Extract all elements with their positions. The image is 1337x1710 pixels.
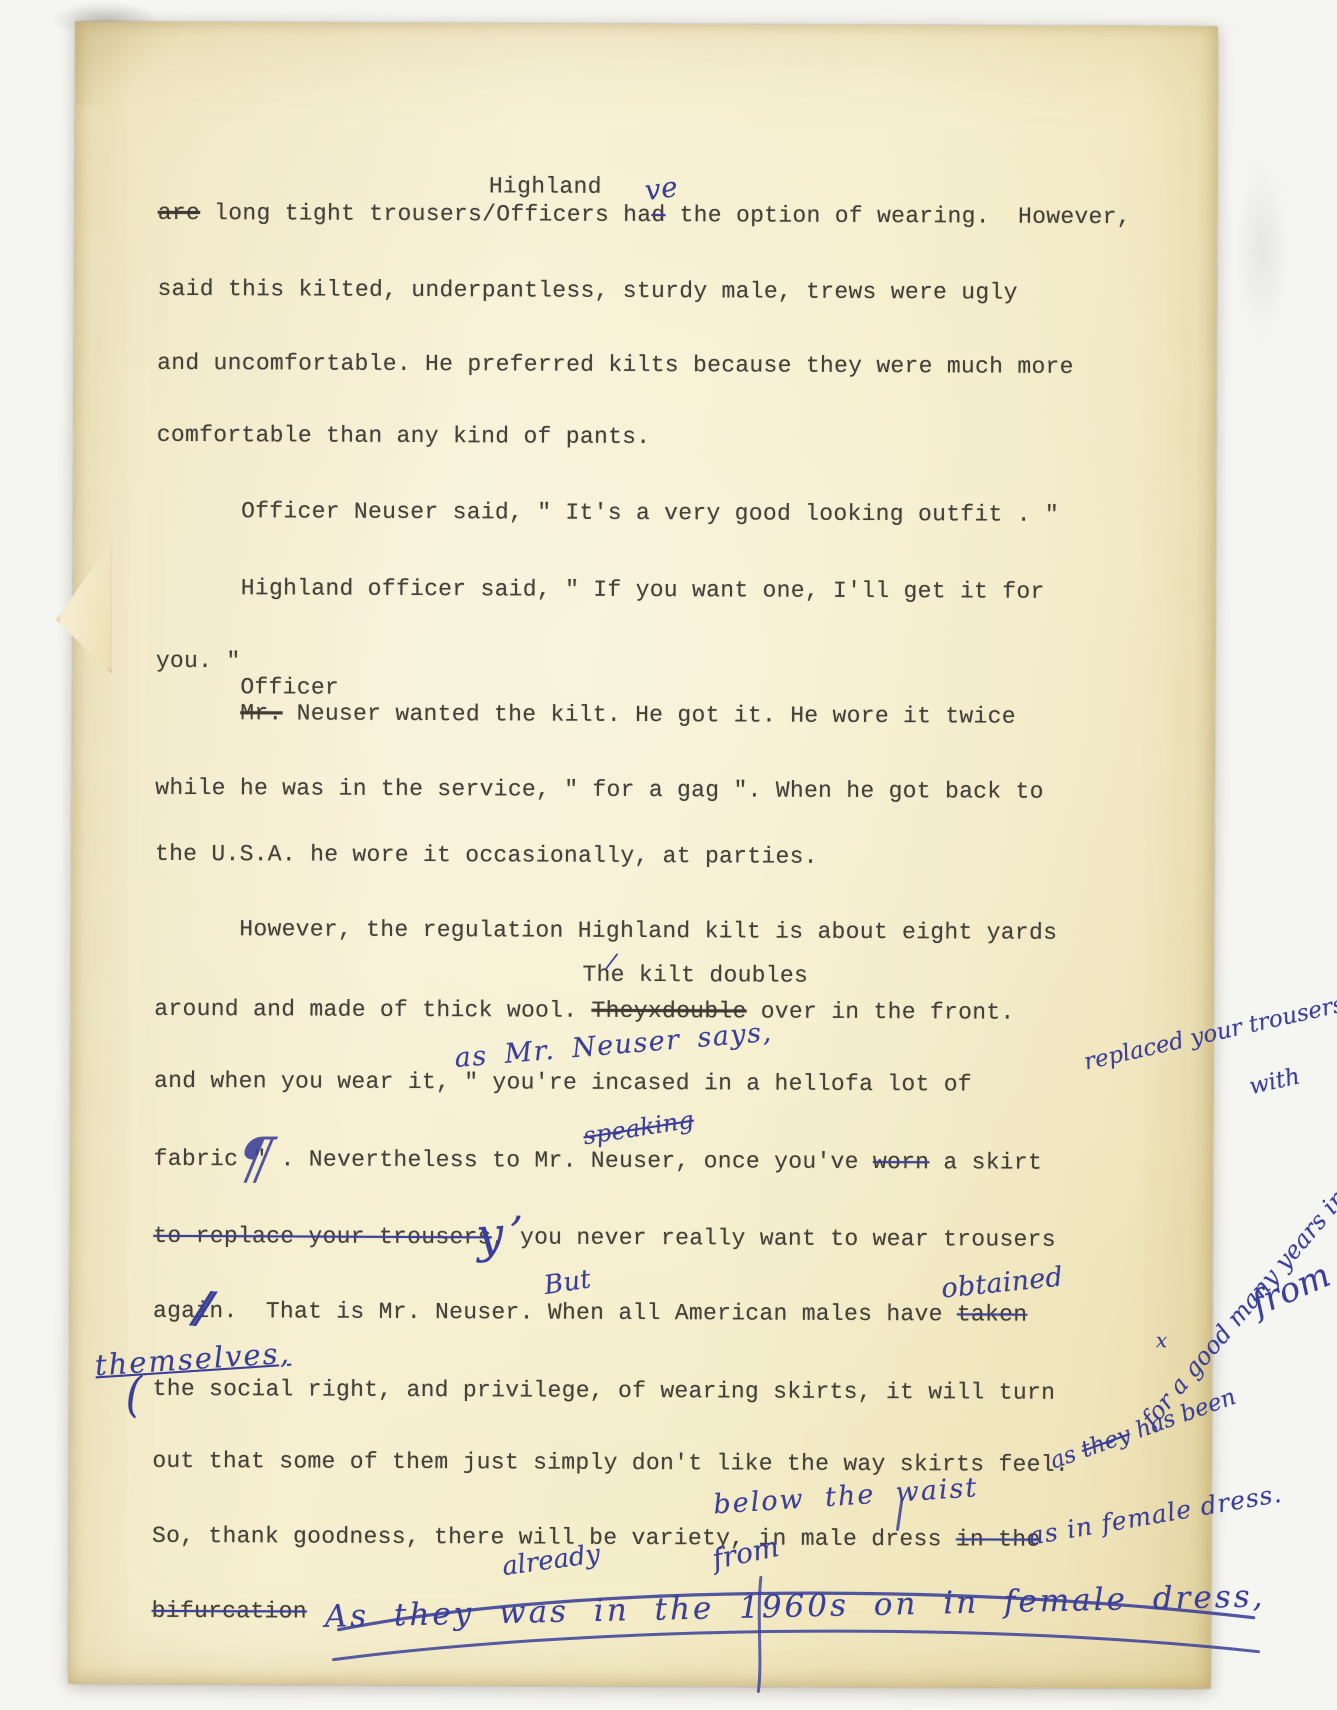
scanned-manuscript-screenshot: Highland are long tight trousers/Officer… <box>0 0 1337 1710</box>
neuser-anchor: Neuser,speaking <box>591 1148 690 1174</box>
typed-text: Neuser, <box>591 1148 690 1174</box>
typed-line-7: you. " <box>156 648 241 676</box>
page-corner-shading <box>75 22 185 106</box>
typed-text: around and made of thick wool. <box>154 996 591 1024</box>
typed-line-15: to replace your trousers, you never real… <box>153 1223 1056 1255</box>
handwritten-as-in-female-dress: as in female dress. <box>1027 1479 1285 1551</box>
page-edge-fold <box>56 539 113 673</box>
when-anchor: WhenBut <box>548 1300 605 1326</box>
ink-struck-they: they <box>1078 1422 1134 1464</box>
typed-line-13: and when you wear it, " you're incased i… <box>154 1068 972 1099</box>
typed-text: fabric " . Nevertheless to Mr. <box>154 1146 591 1174</box>
handwritten-replaced-your-trousers: replaced your trousers <box>1082 991 1337 1075</box>
handwritten-as-they-has-been: as they has been <box>1047 1384 1240 1474</box>
ink-bracket-mark: ( <box>126 1366 143 1422</box>
pilcrow-insert-mark: ¶ <box>230 1126 280 1191</box>
had-correction-anchor: dve <box>651 202 665 228</box>
typed-line-20: bifurcation <box>152 1598 307 1626</box>
comma-insert-mark: , <box>510 1181 524 1230</box>
typed-line-5: Officer Neuser said, " It's a very good … <box>156 498 1059 530</box>
struck-word-bifurcation: bifurcation <box>152 1598 307 1625</box>
crossout-sweep-strokes <box>308 1568 1289 1702</box>
struck-phrase-to-replace: to replace your trousers <box>153 1223 492 1250</box>
typed-line-3: and uncomfortable. He preferred kilts be… <box>157 350 1074 382</box>
ink-x-insert-mark: x <box>1156 1328 1167 1352</box>
typed-line-14: fabric " . Nevertheless to Mr. Neuser,sp… <box>154 1146 1043 1177</box>
typed-line-4: comfortable than any kind of pants. <box>157 422 651 452</box>
typed-insert-highland: Highland <box>489 173 602 201</box>
typed-line-11: However, the regulation Highland kilt is… <box>155 916 1058 948</box>
scanner-smudge <box>1222 120 1302 380</box>
struck-word-taken: taken <box>957 1301 1028 1327</box>
typed-line-10: the U.S.A. he wore it occasionally, at p… <box>155 841 818 871</box>
typed-text: Neuser wanted the kilt. He got it. He wo… <box>282 700 1015 729</box>
typed-line-8: Mr. Neuser wanted the kilt. He got it. H… <box>156 700 1016 731</box>
typed-line-2: said this kilted, underpantless, sturdy … <box>157 276 1017 307</box>
handwritten-obtained: obtained <box>940 1262 1065 1306</box>
typed-insert-kilt-doubles: The kilt doubles <box>582 962 808 991</box>
ink-y-overwrite: y <box>475 1207 506 1265</box>
typed-line-12: around and made of thick wool. Theyxdoub… <box>154 996 1014 1027</box>
typed-text: again. That is Mr. Neuser. <box>153 1298 548 1326</box>
handwritten-for-a-good-many-years: for a good many years in <box>1136 1184 1337 1433</box>
typed-line-6: Highland officer said, " If you want one… <box>156 575 1045 606</box>
typed-text: long tight trousers/Officers ha <box>200 200 651 228</box>
typed-text: When <box>548 1300 605 1326</box>
typed-text: over in the front. <box>747 998 1015 1025</box>
typed-text: once you've <box>689 1148 872 1175</box>
typed-indent <box>156 700 241 726</box>
typed-line-16: again. That is Mr. Neuser. WhenBut all A… <box>153 1298 1027 1329</box>
typed-text: all American males have <box>604 1300 957 1328</box>
struck-word-are: are <box>158 200 200 226</box>
manuscript-page: Highland are long tight trousers/Officer… <box>68 22 1217 1689</box>
typed-text: the option of wearing. However, <box>665 202 1130 230</box>
handwritten-with: with <box>1247 1063 1303 1100</box>
typed-line-17: the social right, and privilege, of wear… <box>153 1376 1056 1408</box>
taken-anchor: takenobtained <box>957 1301 1028 1327</box>
typed-line-1: are long tight trousers/Officers hadve t… <box>158 200 1131 232</box>
handwritten-have-correction: ve <box>642 170 679 208</box>
handwritten-below-the-waist: below the waist <box>712 1472 979 1520</box>
typed-line-9: while he was in the service, " for a gag… <box>155 775 1044 806</box>
handwritten-but: But <box>542 1264 593 1302</box>
struck-word-mr: Mr. <box>240 700 282 726</box>
typed-text: , you never really want to wear trousers <box>492 1224 1056 1252</box>
typed-insert-officer: Officer <box>156 674 339 702</box>
struck-word-worn: worn <box>873 1149 930 1175</box>
handwritten-crossed-word: speaking <box>581 1106 696 1151</box>
typed-text: a skirt <box>929 1149 1042 1175</box>
